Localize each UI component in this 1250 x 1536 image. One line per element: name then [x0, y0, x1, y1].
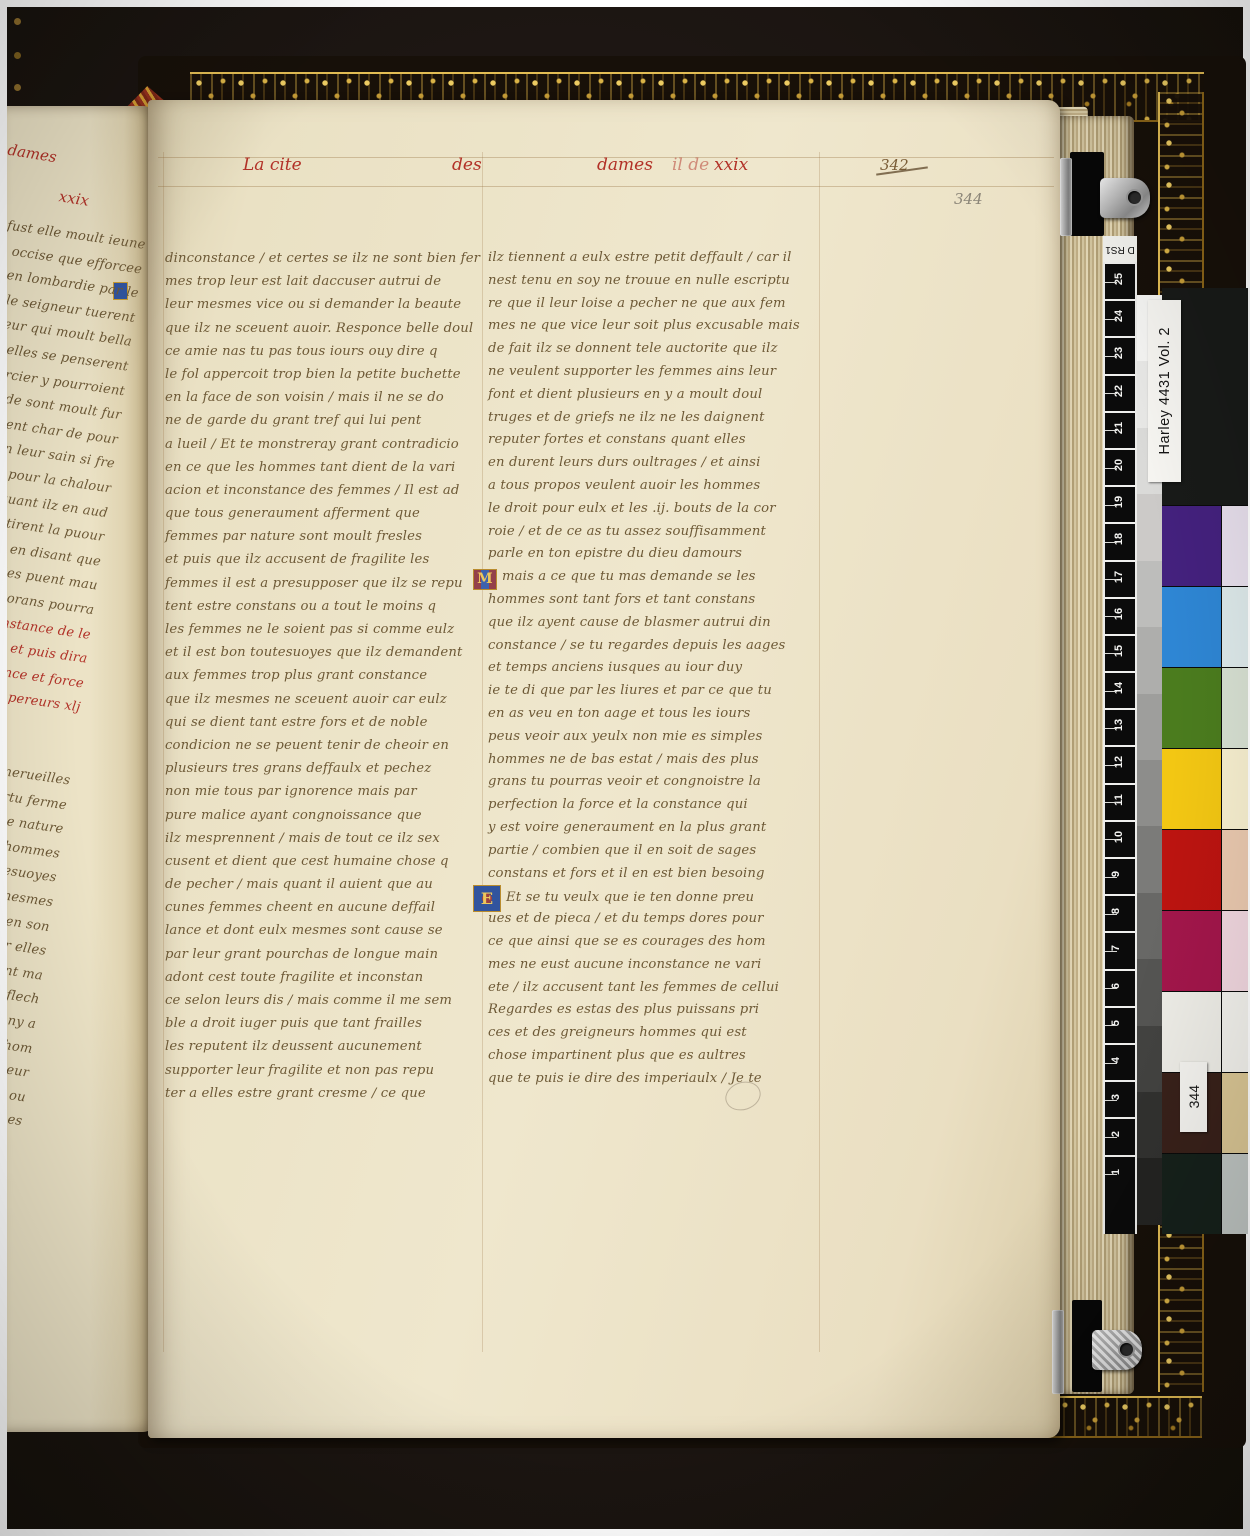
- pencil-folio-number: 344: [954, 190, 983, 208]
- color-patch-main: [1162, 749, 1222, 829]
- manuscript-line: ues et de pieca / et du temps dores pour: [488, 908, 824, 931]
- left-page-running-header: dames xxix: [7, 141, 128, 178]
- manuscript-line: perfection la force et la constance qui: [488, 794, 824, 817]
- ruler-mark: 6: [1105, 969, 1135, 1006]
- manuscript-line: le fol appercoit trop bien la petite buc…: [165, 363, 483, 386]
- manuscript-line: hommes sont tant fors et tant constans: [488, 589, 824, 612]
- clip-bar-top: [1060, 158, 1072, 236]
- manuscript-line: truges et de griefs ne ilz ne les daigne…: [488, 407, 824, 430]
- manuscript-line: ne veulent supporter les femmes ains leu…: [488, 361, 824, 384]
- manuscript-line: parle en ton epistre du dieu damours: [488, 543, 824, 566]
- ruler-mark: 16: [1105, 597, 1135, 634]
- manuscript-line: a tous propos veulent auoir les hommes: [488, 475, 824, 498]
- manuscript-line: ie te di que par les liures et par ce qu…: [488, 680, 824, 703]
- manuscript-line: constans et fors et il en est bien besoi…: [488, 863, 824, 886]
- ruler-cells: 2524232221201918171615141312111098765432…: [1103, 262, 1137, 1234]
- decorated-initial: M: [473, 569, 497, 590]
- left-header-dames: dames: [7, 141, 58, 166]
- ruler-mark: 19: [1105, 485, 1135, 522]
- manuscript-line: leur mesmes vice ou si demander la beaut…: [165, 293, 483, 316]
- manuscript-line: adont cest toute fragilite et inconstan: [165, 966, 483, 989]
- manuscript-line: que ilz ayent cause de blasmer autrui di…: [488, 612, 824, 635]
- ruling-line-header-bottom: [158, 186, 1054, 187]
- manuscript-line: y est voire generaument en la plus grant: [488, 817, 824, 840]
- color-patch-main: [1162, 1154, 1222, 1234]
- spine-sewing-dots: [14, 18, 21, 25]
- manuscript-line: chose impartinent plus que es aultres: [488, 1045, 824, 1068]
- ruler-mark: 2: [1105, 1117, 1135, 1154]
- left-header-chapter: xxix: [58, 187, 91, 210]
- manuscript-line: pure malice ayant congnoissance que: [165, 804, 483, 827]
- color-patch-row-purple: [1162, 505, 1248, 586]
- color-patch-row-green: [1162, 667, 1248, 748]
- ruler-mark: 3: [1105, 1080, 1135, 1117]
- folio-sticker: 344: [1180, 1062, 1207, 1132]
- manuscript-line: peus veoir aux yeulx non mie es simples: [488, 726, 824, 749]
- manuscript-line: en durent leurs durs oultrages / et ains…: [488, 452, 824, 475]
- clip-hole-top: [1128, 191, 1141, 204]
- grayscale-step: [1137, 561, 1162, 627]
- manuscript-line: qui se dient tant estre fors et de noble: [165, 711, 483, 734]
- manuscript-line: mes trop leur est lait daccuser autrui d…: [165, 270, 483, 293]
- manuscript-line: non mie tous par ignorence mais par: [165, 780, 483, 803]
- grayscale-step: [1137, 1158, 1162, 1224]
- ruler-mark: 20: [1105, 448, 1135, 485]
- ruler-top-label: D RS1: [1103, 236, 1137, 262]
- grayscale-step: [1137, 826, 1162, 892]
- manuscript-line: Regardes es estas des plus puissans pri: [488, 999, 824, 1022]
- manuscript-line: mes ne que vice leur soit plus excusable…: [488, 315, 824, 338]
- ruler-mark: 24: [1105, 299, 1135, 336]
- ruler-mark: 10: [1105, 820, 1135, 857]
- manuscript-line: et puis que ilz accusent de fragilite le…: [165, 548, 483, 571]
- ruler-mark: 8: [1105, 894, 1135, 931]
- color-patch-side: [1222, 506, 1248, 586]
- ruler-mark: 7: [1105, 931, 1135, 968]
- left-page-lines: bant fust elle moult ieuneestre occise q…: [7, 194, 147, 1135]
- ruler-mark: 14: [1105, 671, 1135, 708]
- manuscript-line: constance / se tu regardes depuis les aa…: [488, 635, 824, 658]
- manuscript-photograph: dames xxix bant fust elle moult ieuneest…: [0, 0, 1250, 1536]
- color-patch-side: [1222, 911, 1248, 991]
- color-patch-row-blue: [1162, 586, 1248, 667]
- folio-sticker-text: 344: [1186, 1085, 1202, 1108]
- manuscript-line: condicion ne se peuent tenir de cheoir e…: [165, 734, 483, 757]
- manuscript-line: lance et dont eulx mesmes sont cause se: [165, 919, 483, 942]
- manuscript-line: le droit pour eulx et les .ij. bouts de …: [488, 498, 824, 521]
- running-header-dames: dames: [597, 155, 653, 175]
- manuscript-line: en as veu en ton aage et tous les iours: [488, 703, 824, 726]
- decorated-initial: E: [473, 885, 501, 912]
- manuscript-line: cunes femmes cheent en aucune deffail: [165, 896, 483, 919]
- grayscale-step: [1137, 1026, 1162, 1092]
- color-patch-main: [1162, 668, 1222, 748]
- color-patch-side: [1222, 668, 1248, 748]
- manuscript-line: EEt se tu veulx que ie ten donne preu: [488, 885, 824, 908]
- clip-hole-bottom: [1120, 1343, 1133, 1356]
- text-column-right: ilz tiennent a eulx estre petit deffault…: [488, 247, 824, 1090]
- manuscript-line: ce amie nas tu pas tous iours ouy dire q: [165, 340, 483, 363]
- color-patch-side: [1222, 1154, 1248, 1234]
- manuscript-line: en ce que les hommes tant dient de la va…: [165, 456, 483, 479]
- manuscript-line: les femmes ne le soient pas si comme eul…: [165, 618, 483, 641]
- manuscript-line: ilz mesprennent / mais de tout ce ilz se…: [165, 827, 483, 850]
- manuscript-line: grans tu pourras veoir et congnoistre la: [488, 771, 824, 794]
- ruling-line-col1-left: [163, 152, 164, 1352]
- color-patch-main: [1162, 830, 1222, 910]
- manuscript-line: et temps anciens iusques au iour duy: [488, 657, 824, 680]
- manuscript-line: ilz tiennent a eulx estre petit deffault…: [488, 247, 824, 270]
- manuscript-line: ce selon leurs dis / mais comme il me se…: [165, 989, 483, 1012]
- manuscript-line: ter a elles estre grant cresme / ce que: [165, 1082, 483, 1105]
- clip-bar-bottom: [1052, 1310, 1064, 1394]
- grayscale-step: [1137, 494, 1162, 560]
- manuscript-line: que tous generaument afferment que: [165, 502, 483, 525]
- color-patch-row-red: [1162, 829, 1248, 910]
- grayscale-step: [1137, 1092, 1162, 1158]
- ruler-mark: 4: [1105, 1043, 1135, 1080]
- manuscript-line: plusieurs tres grans deffaulx et pechez: [165, 757, 483, 780]
- color-patch-side: [1222, 830, 1248, 910]
- right-page: La cite des dames il de xxix 342 344 din…: [148, 100, 1060, 1438]
- color-patch-side: [1222, 749, 1248, 829]
- color-patch-side: [1222, 992, 1248, 1072]
- color-patch-main: [1162, 506, 1222, 586]
- ruler-mark: 23: [1105, 336, 1135, 373]
- manuscript-line: dinconstance / et certes se ilz ne sont …: [165, 247, 483, 270]
- left-page-fragment: dames xxix bant fust elle moult ieuneest…: [7, 106, 157, 1432]
- manuscript-line: partie / combien que il en soit de sages: [488, 840, 824, 863]
- ruler-mark: 15: [1105, 634, 1135, 671]
- manuscript-line: font et dient plusieurs en y a moult dou…: [488, 384, 824, 407]
- manuscript-line: ne de garde du grant tref qui lui pent: [165, 409, 483, 432]
- text-column-left: dinconstance / et certes se ilz ne sont …: [165, 247, 483, 1105]
- running-header-des: des: [452, 155, 482, 175]
- manuscript-line: re que il leur loise a pecher ne que aux…: [488, 293, 824, 316]
- manuscript-line: acion et inconstance des femmes / Il est…: [165, 479, 483, 502]
- color-patch-row-white: [1162, 991, 1248, 1072]
- manuscript-line: les reputent ilz deussent aucunement: [165, 1035, 483, 1058]
- grayscale-step: [1137, 694, 1162, 760]
- shelfmark-label: Harley 4431 Vol. 2: [1148, 300, 1181, 482]
- manuscript-line: de fait ilz se donnent tele auctorite qu…: [488, 338, 824, 361]
- ruler-mark: 22: [1105, 374, 1135, 411]
- running-header-la-cite: La cite: [243, 155, 302, 175]
- manuscript-line: de pecher / mais quant il auient que au: [165, 873, 483, 896]
- binder-clip-top: [1100, 178, 1150, 218]
- manuscript-line: que ilz mesmes ne sceuent auoir car eulz: [165, 688, 483, 711]
- running-header-faded: il de: [672, 155, 709, 175]
- manuscript-line: et il est bon toutesuoyes que ilz demand…: [165, 641, 483, 664]
- manuscript-line: par leur grant pourchas de longue main: [165, 943, 483, 966]
- ruler-mark: 9: [1105, 857, 1135, 894]
- grayscale-step: [1137, 959, 1162, 1025]
- manuscript-line: hommes ne de bas estat / mais des plus: [488, 749, 824, 772]
- color-patch-side: [1222, 1073, 1248, 1153]
- manuscript-line: ble a droit iuger puis que tant frailles: [165, 1012, 483, 1035]
- manuscript-line: mes ne eust aucune inconstance ne vari: [488, 954, 824, 977]
- color-patch-row-yellow: [1162, 748, 1248, 829]
- manuscript-line: en la face de son voisin / mais il ne se…: [165, 386, 483, 409]
- manuscript-line: ces et des greigneurs hommes qui est: [488, 1022, 824, 1045]
- color-patch-row-dark-green: [1162, 1153, 1248, 1234]
- ruler-mark: 11: [1105, 783, 1135, 820]
- ruler-mark: 12: [1105, 745, 1135, 782]
- manuscript-line: que ilz ne sceuent auoir. Responce belle…: [165, 317, 483, 340]
- running-header-chapter-number: xxix: [714, 155, 748, 175]
- manuscript-line: ce que ainsi que se es courages des hom: [488, 931, 824, 954]
- ruler-mark: 1: [1105, 1155, 1135, 1192]
- grayscale-step: [1137, 760, 1162, 826]
- grayscale-step: [1137, 893, 1162, 959]
- manuscript-line: cusent et dient que cest humaine chose q: [165, 850, 483, 873]
- manuscript-line: Mmais a ce que tu mas demande se les: [488, 566, 824, 589]
- manuscript-line: ete / ilz accusent tant les femmes de ce…: [488, 977, 824, 1000]
- color-patch-main: [1162, 992, 1222, 1072]
- clip-strap-top: [1070, 152, 1104, 236]
- manuscript-line: tent estre constans ou a tout le moins q: [165, 595, 483, 618]
- color-patch-row-crimson: [1162, 910, 1248, 991]
- ruler-mark: 5: [1105, 1006, 1135, 1043]
- manuscript-line: aux femmes trop plus grant constance: [165, 664, 483, 687]
- manuscript-line: supporter leur fragilite et non pas repu: [165, 1059, 483, 1082]
- color-patch-side: [1222, 587, 1248, 667]
- color-patch-main: [1162, 587, 1222, 667]
- color-patch-main: [1162, 911, 1222, 991]
- manuscript-line: nest tenu en soy ne trouue en nulle escr…: [488, 270, 824, 293]
- manuscript-line: a lueil / Et te monstreray grant contrad…: [165, 433, 483, 456]
- shelfmark-label-text: Harley 4431 Vol. 2: [1157, 327, 1173, 455]
- manuscript-line: que te puis ie dire des imperiaulx / Je …: [488, 1068, 824, 1091]
- ruler-mark: 25: [1105, 262, 1135, 299]
- manuscript-line: roie / et de ce as tu assez souffisammen…: [488, 521, 824, 544]
- manuscript-line: femmes par nature sont moult fresles: [165, 525, 483, 548]
- ruler-mark: 21: [1105, 411, 1135, 448]
- manuscript-line: reputer fortes et constans quant elles: [488, 429, 824, 452]
- ruler-mark: 17: [1105, 560, 1135, 597]
- grayscale-step: [1137, 627, 1162, 693]
- manuscript-line: femmes il est a presupposer que ilz se r…: [165, 572, 483, 595]
- ruler-mark: 18: [1105, 522, 1135, 559]
- binder-clip-bottom: [1092, 1330, 1142, 1370]
- ruler-mark: 13: [1105, 708, 1135, 745]
